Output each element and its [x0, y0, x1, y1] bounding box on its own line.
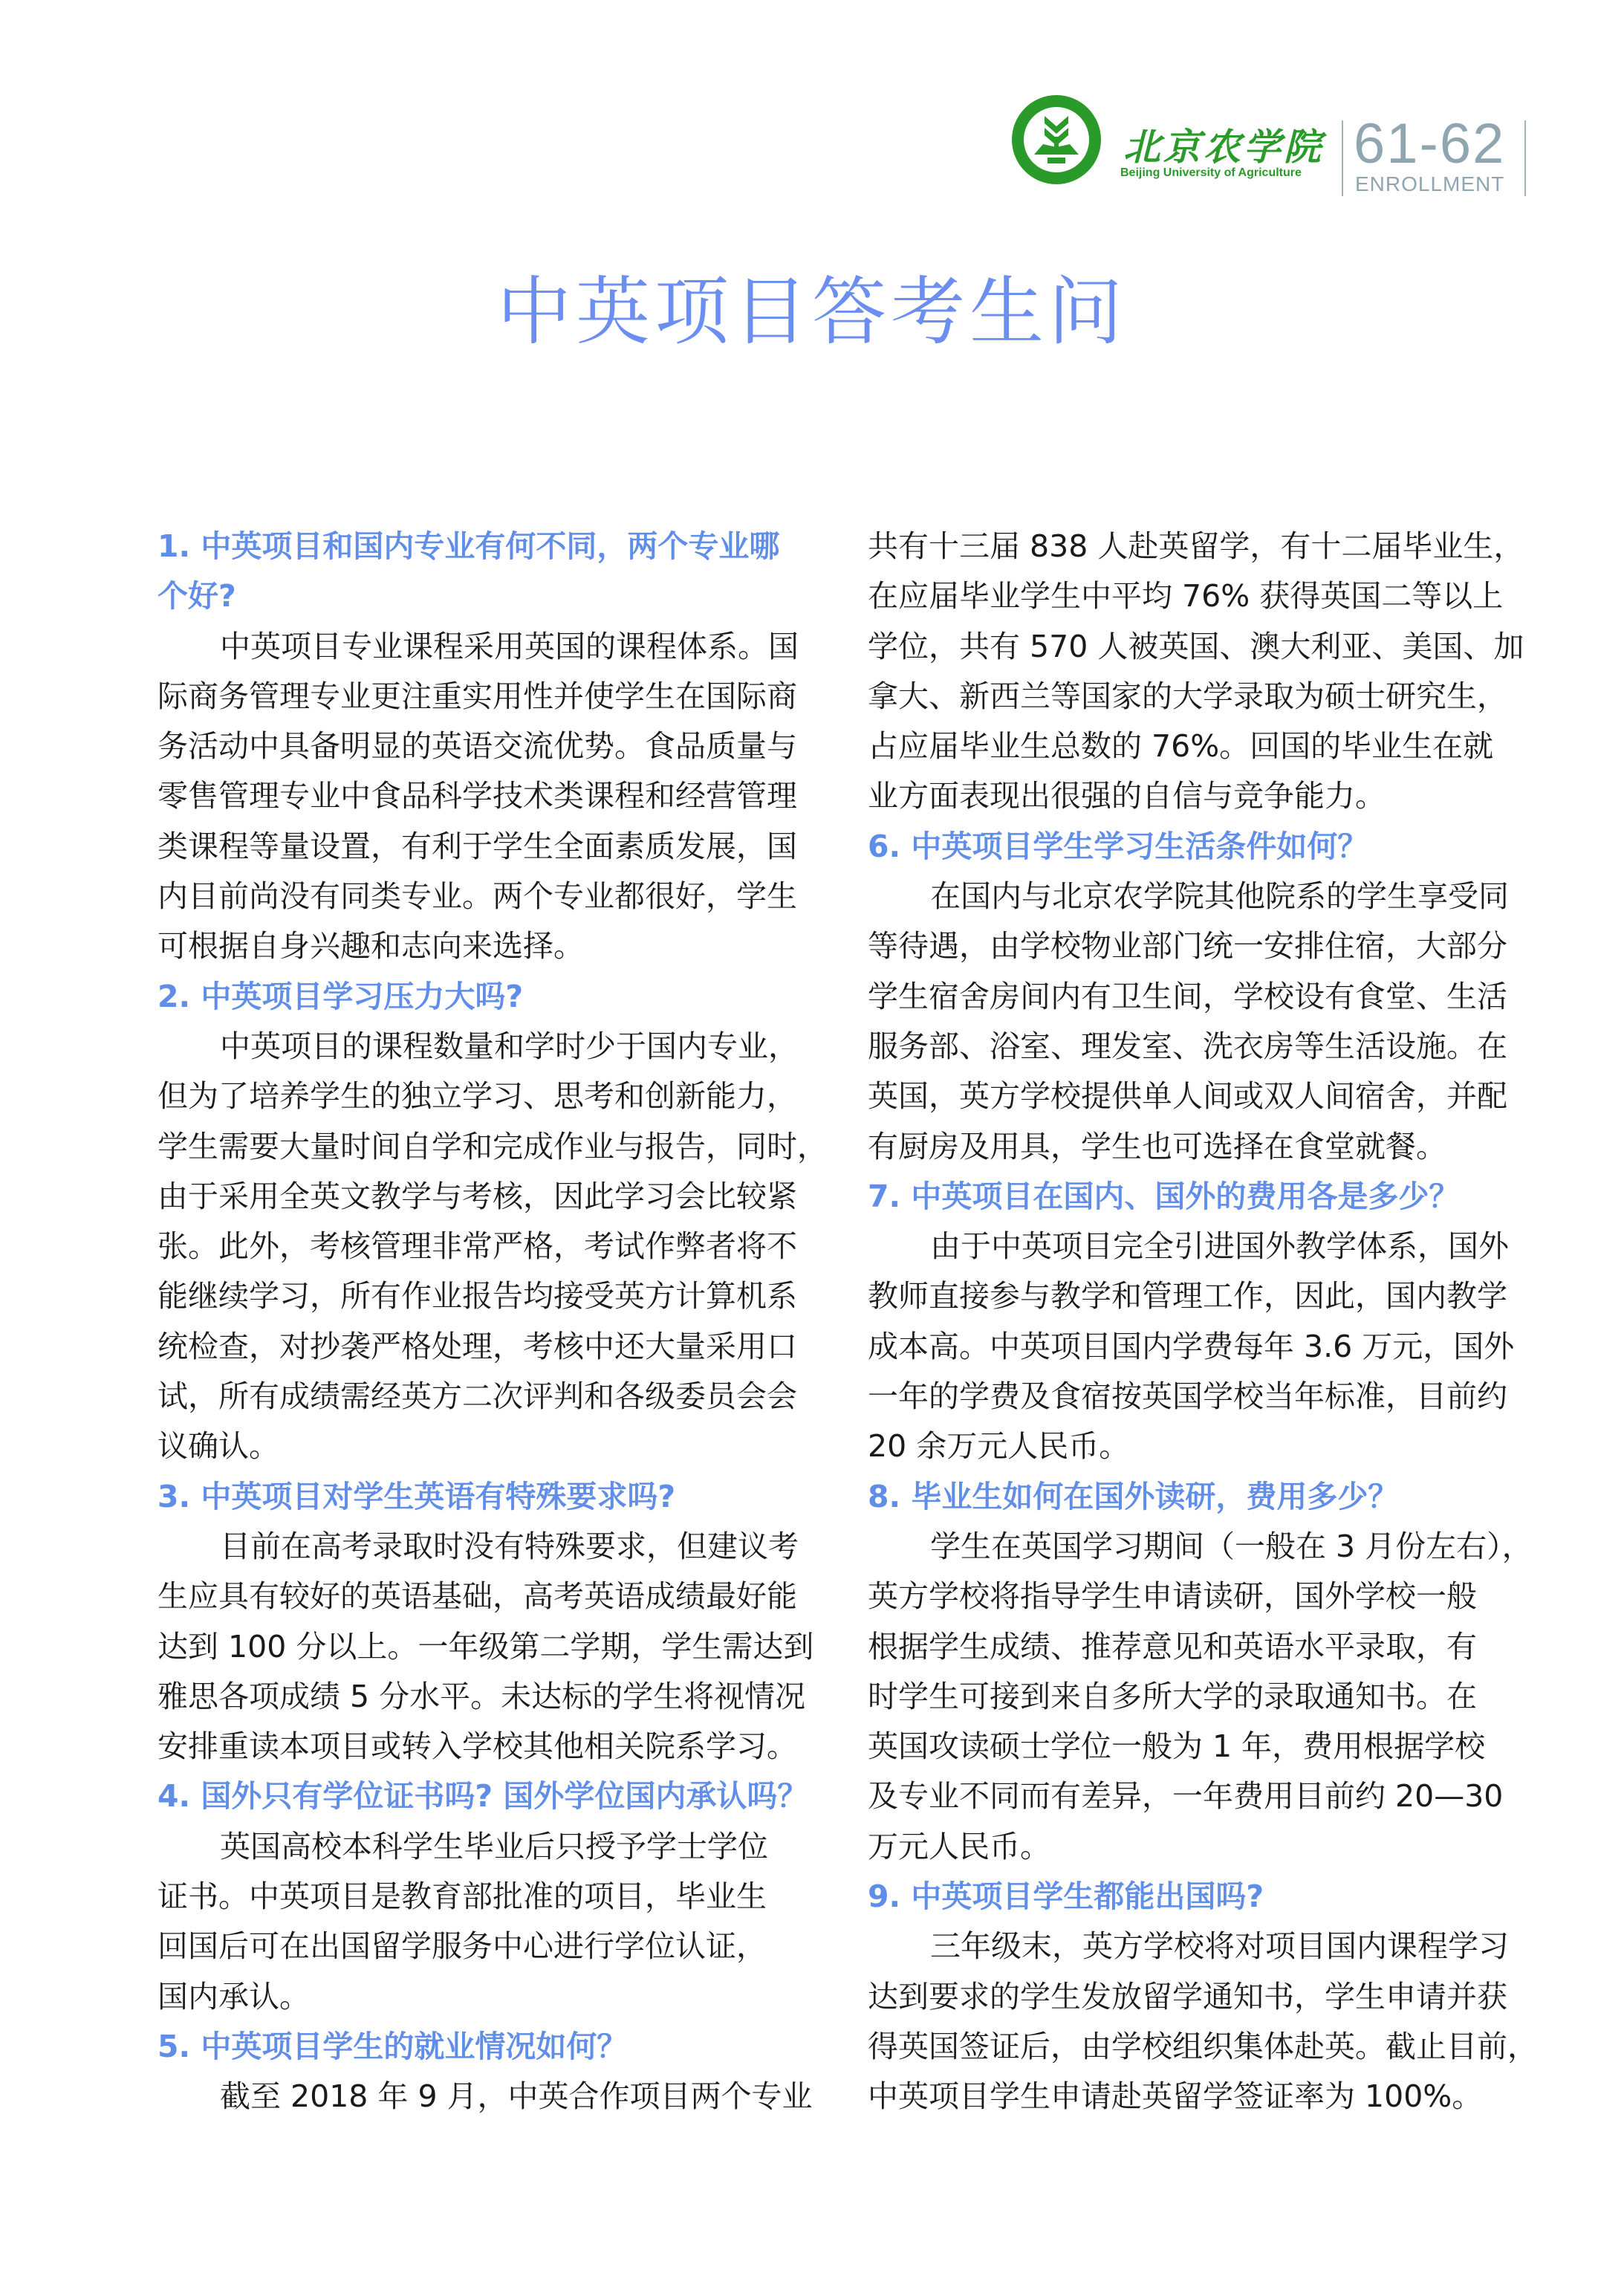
faq-answer-line: 时学生可接到来自多所大学的录取通知书。在 [868, 1672, 1536, 1722]
faq-answer-line: 可根据自身兴趣和志向来选择。 [157, 921, 826, 971]
faq-answer-line: 学位，共有 570 人被英国、澳大利亚、美国、加 [868, 622, 1536, 672]
faq-question: 1. 中英项目和国内专业有何不同，两个专业哪 [157, 522, 826, 571]
faq-answer-line: 成本高。中英项目国内学费每年 3.6 万元，国外 [868, 1322, 1536, 1372]
faq-answer-line: 英国攻读硕士学位一般为 1 年，费用根据学校 [868, 1722, 1536, 1772]
faq-answer-line: 内目前尚没有同类专业。两个专业都很好，学生 [157, 872, 826, 921]
faq-answer-line: 际商务管理专业更注重实用性并使学生在国际商 [157, 672, 826, 722]
right-column: 共有十三届 838 人赴英留学，有十二届毕业生，在应届毕业学生中平均 76% 获… [868, 522, 1536, 2122]
faq-answer-line: 等待遇，由学校物业部门统一安排住宿，大部分 [868, 921, 1536, 971]
faq-answer-line: 在国内与北京农学院其他院系的学生享受同 [868, 872, 1536, 921]
faq-answer-line: 截至 2018 年 9 月，中英合作项目两个专业 [157, 2072, 826, 2121]
faq-answer-line: 达到要求的学生发放留学通知书，学生申请并获 [868, 1972, 1536, 2022]
faq-answer-line: 试，所有成绩需经英方二次评判和各级委员会会 [157, 1372, 826, 1422]
faq-answer-line: 零售管理专业中食品科学技术类课程和经营管理 [157, 771, 826, 821]
faq-answer-line: 根据学生成绩、推荐意见和英语水平录取，有 [868, 1622, 1536, 1672]
faq-answer-line: 雅思各项成绩 5 分水平。未达标的学生将视情况 [157, 1672, 826, 1722]
faq-answer-line: 万元人民币。 [868, 1822, 1536, 1872]
faq-answer-line: 占应届毕业生总数的 76%。回国的毕业生在就 [868, 722, 1536, 771]
faq-answer-line: 共有十三届 838 人赴英留学，有十二届毕业生， [868, 522, 1536, 571]
faq-question: 3. 中英项目对学生英语有特殊要求吗? [157, 1472, 826, 1522]
faq-question: 6. 中英项目学生学习生活条件如何？ [868, 822, 1536, 872]
faq-answer-line: 服务部、浴室、理发室、洗衣房等生活设施。在 [868, 1022, 1536, 1072]
page-title: 中英项目答考生问 [0, 268, 1624, 357]
faq-answer-line: 在应届毕业学生中平均 76% 获得英国二等以上 [868, 571, 1536, 621]
faq-answer-line: 英方学校将指导学生申请读研，国外学校一般 [868, 1572, 1536, 1621]
faq-answer-line: 中英项目专业课程采用英国的课程体系。国 [157, 622, 826, 672]
faq-answer-line: 拿大、新西兰等国家的大学录取为硕士研究生， [868, 672, 1536, 722]
faq-question: 5. 中英项目学生的就业情况如何？ [157, 2022, 826, 2072]
page-header: 北京农学院 Beijing University of Agriculture … [1012, 95, 1532, 195]
section-label: ENROLLMENT [1355, 174, 1504, 195]
university-emblem-icon [1012, 95, 1101, 184]
faq-answer-line: 议确认。 [157, 1422, 826, 1471]
faq-answer-line: 务活动中具备明显的英语交流优势。食品质量与 [157, 722, 826, 771]
faq-question: 9. 中英项目学生都能出国吗? [868, 1872, 1536, 1922]
faq-answer-line: 三年级末，英方学校将对项目国内课程学习 [868, 1922, 1536, 1971]
faq-answer-line: 能继续学习，所有作业报告均接受英方计算机系 [157, 1271, 826, 1321]
faq-answer-line: 学生需要大量时间自学和完成作业与报告，同时， [157, 1122, 826, 1172]
faq-answer-line: 张。此外，考核管理非常严格，考试作弊者将不 [157, 1222, 826, 1271]
faq-answer-line: 由于采用全英文教学与考核，因此学习会比较紧 [157, 1172, 826, 1222]
faq-answer-line: 达到 100 分以上。一年级第二学期，学生需达到 [157, 1622, 826, 1672]
faq-answer-line: 证书。中英项目是教育部批准的项目，毕业生 [157, 1872, 826, 1922]
faq-answer-line: 20 余万元人民币。 [868, 1422, 1536, 1471]
school-name-cn: 北京农学院 [1123, 117, 1324, 171]
faq-question: 2. 中英项目学习压力大吗? [157, 972, 826, 1022]
faq-answer-line: 中英项目学生申请赴英留学签证率为 100%。 [868, 2072, 1536, 2121]
faq-question: 4. 国外只有学位证书吗? 国外学位国内承认吗？ [157, 1772, 826, 1821]
faq-answer-line: 有厨房及用具，学生也可选择在食堂就餐。 [868, 1122, 1536, 1172]
faq-answer-line: 英国高校本科学生毕业后只授予学士学位 [157, 1822, 826, 1872]
faq-answer-line: 学生宿舍房间内有卫生间，学校设有食堂、生活 [868, 972, 1536, 1022]
faq-answer-line: 业方面表现出很强的自信与竞争能力。 [868, 771, 1536, 821]
faq-answer-line: 由于中英项目完全引进国外教学体系，国外 [868, 1222, 1536, 1271]
faq-question: 个好? [157, 571, 826, 621]
faq-answer-line: 国内承认。 [157, 1972, 826, 2022]
faq-answer-line: 一年的学费及食宿按英国学校当年标准，目前约 [868, 1372, 1536, 1422]
faq-answer-line: 生应具有较好的英语基础，高考英语成绩最好能 [157, 1572, 826, 1621]
divider [1342, 120, 1343, 196]
faq-question: 8. 毕业生如何在国外读研，费用多少？ [868, 1472, 1536, 1522]
faq-answer-line: 得英国签证后，由学校组织集体赴英。截止目前， [868, 2022, 1536, 2072]
faq-answer-line: 类课程等量设置，有利于学生全面素质发展，国 [157, 822, 826, 872]
left-column: 1. 中英项目和国内专业有何不同，两个专业哪个好?中英项目专业课程采用英国的课程… [157, 522, 826, 2122]
faq-answer-line: 目前在高考录取时没有特殊要求，但建议考 [157, 1522, 826, 1572]
faq-answer-line: 教师直接参与教学和管理工作，因此，国内教学 [868, 1271, 1536, 1321]
faq-answer-line: 及专业不同而有差异，一年费用目前约 20—30 [868, 1772, 1536, 1821]
faq-answer-line: 中英项目的课程数量和学时少于国内专业， [157, 1022, 826, 1072]
school-name-en: Beijing University of Agriculture [1120, 166, 1302, 180]
faq-answer-line: 安排重读本项目或转入学校其他相关院系学习。 [157, 1722, 826, 1772]
faq-question: 7. 中英项目在国内、国外的费用各是多少？ [868, 1172, 1536, 1222]
faq-answer-line: 但为了培养学生的独立学习、思考和创新能力， [157, 1072, 826, 1121]
divider [1524, 120, 1526, 196]
faq-answer-line: 英国，英方学校提供单人间或双人间宿舍，并配 [868, 1072, 1536, 1121]
faq-answer-line: 统检查，对抄袭严格处理，考核中还大量采用口 [157, 1322, 826, 1372]
faq-answer-line: 学生在英国学习期间（一般在 3 月份左右）， [868, 1522, 1536, 1572]
page-numbers: 61-62 [1354, 116, 1505, 172]
faq-answer-line: 回国后可在出国留学服务中心进行学位认证， [157, 1922, 826, 1971]
